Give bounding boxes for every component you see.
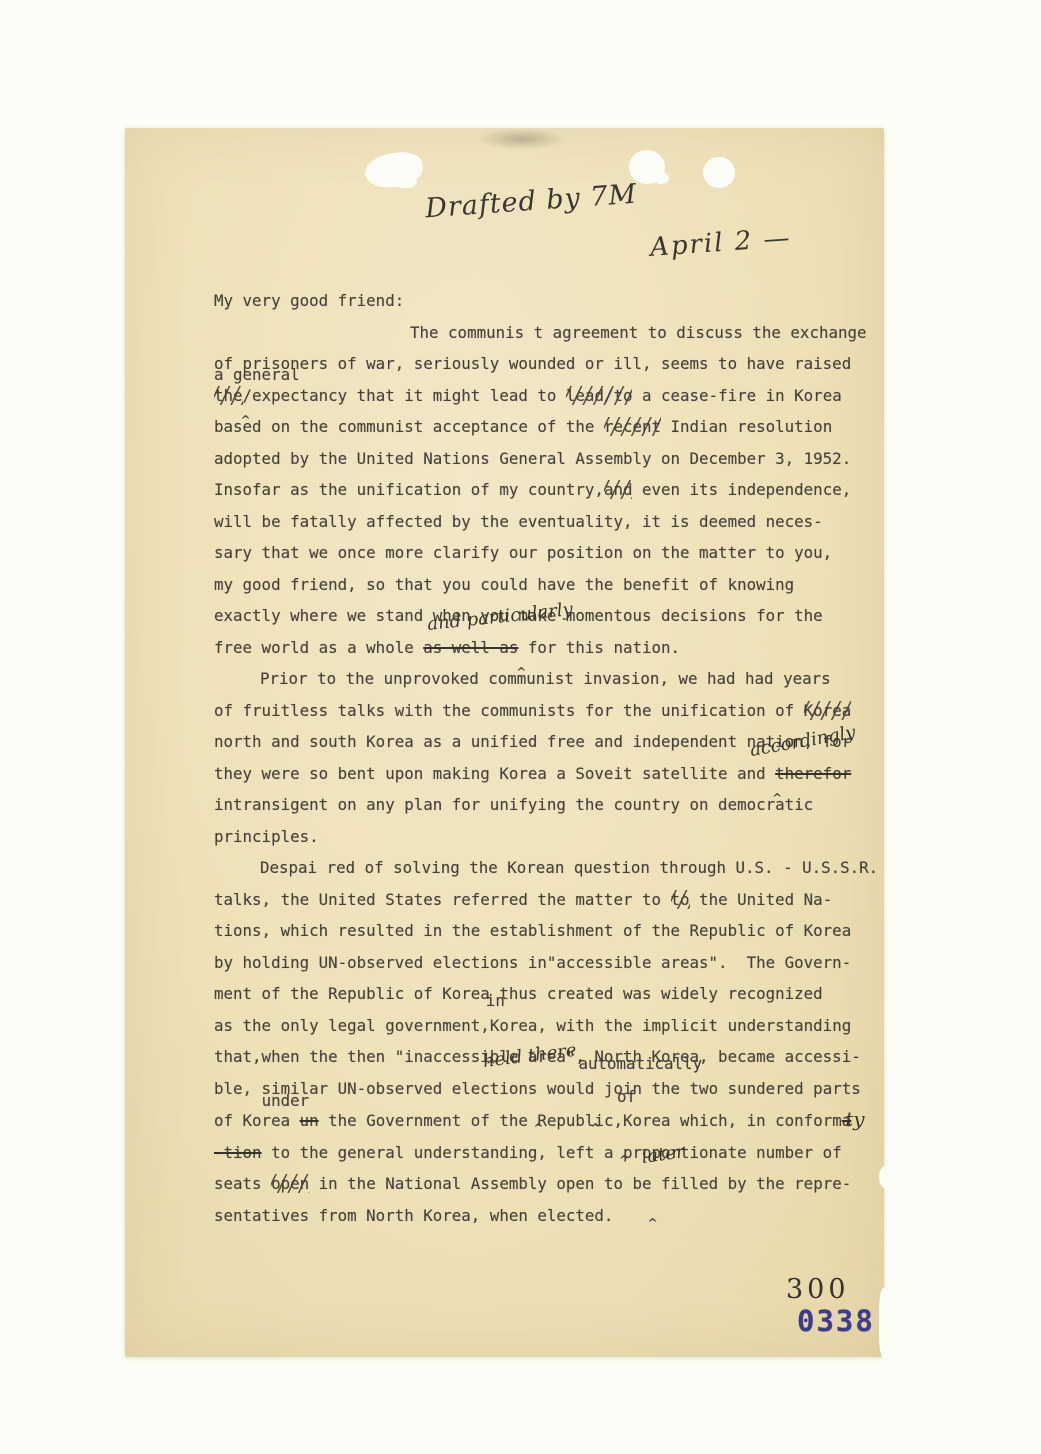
typed-text: the United Na- [690, 890, 833, 909]
document-page: Drafted by 7M April 2 — My very good fri… [125, 128, 884, 1357]
typed-text: as the only legal government, [214, 1016, 490, 1035]
typed-text: filled by the repre- [652, 1174, 852, 1193]
typed-text: free world as a whole [214, 638, 423, 657]
page-number-stamp: 0338 [797, 1304, 875, 1338]
typed-text: will be fatally affected by the eventual… [214, 512, 823, 531]
typed-text: adopted by the United Nations General As… [214, 449, 851, 468]
strikethrough-text: thereforaccordingly^ [775, 764, 851, 783]
handwritten-note-drafted-by: Drafted by 7M [424, 179, 638, 225]
typed-line: adopted by the United Nations General As… [214, 443, 886, 475]
struck-out-text: to [671, 890, 690, 909]
punch-hole [653, 172, 669, 184]
typed-line: ment of the Republic of Korea thus creat… [214, 978, 886, 1010]
strikethrough-text: as well asand particularly^ [423, 638, 518, 657]
typed-text: ment of the Republic of Korea thus creat… [214, 984, 823, 1003]
typed-text: The communis t agreement to discuss the … [410, 323, 867, 342]
typed-body: My very good friend:The communis t agree… [214, 285, 886, 1231]
strikethrough-text: ununder [300, 1111, 319, 1130]
typed-line: of fruitless talks with the communists f… [214, 695, 886, 727]
typed-text: principles. [214, 827, 319, 846]
struck-out-text: Korea [804, 701, 852, 720]
typed-text: by holding UN-observed elections in"acce… [214, 953, 851, 972]
typed-text: Insofar as the unification of my country… [214, 480, 604, 499]
ink-smudge [477, 128, 567, 150]
typed-text: to the general understanding, left a pro… [262, 1143, 842, 1162]
typed-insertion: in [486, 985, 505, 1017]
struck-out-text: and [604, 480, 633, 499]
typed-text: sary that we once more clarify our posit… [214, 543, 832, 562]
typed-insertion: under [262, 1085, 310, 1117]
typed-text: seats [214, 1174, 271, 1193]
typed-line: The communis t agreement to discuss the … [410, 317, 886, 349]
typed-line: My very good friend: [214, 285, 886, 317]
typed-text: Indian resolution [661, 417, 832, 436]
page-number-typed: 300 [786, 1274, 850, 1305]
typed-text: for this nation. [518, 638, 680, 657]
typed-text: My very good friend: [214, 291, 404, 310]
typed-text: Korea, with the implicit understanding [490, 1016, 851, 1035]
typed-line: principles. [214, 821, 886, 853]
typed-text: tions, which resulted in the establishme… [214, 921, 851, 940]
typed-line: intransigent on any plan for unifying th… [214, 789, 886, 821]
typed-line: as the only legal government,in^Korea, w… [214, 1010, 886, 1042]
handwritten-note-date: April 2 — [649, 223, 792, 263]
typed-line: -tion to the general understanding, left… [214, 1137, 886, 1169]
typed-line: of Korea ununder the Government of the R… [214, 1104, 886, 1137]
typed-line: will be fatally affected by the eventual… [214, 506, 886, 538]
typed-text: based on the communist acceptance of the [214, 417, 604, 436]
typed-line: tions, which resulted in the establishme… [214, 915, 886, 947]
typed-text: a cease-fire in Korea [632, 386, 841, 405]
typed-text: in the National Assembly open to be [309, 1174, 651, 1193]
typed-line: thea general^/expectancy that it might l… [214, 380, 886, 412]
typed-text: sentatives from North Korea, when electe… [214, 1206, 613, 1225]
typed-text: talks, the United States referred the ma… [214, 890, 671, 909]
typed-insertion: automatically [578, 1048, 702, 1080]
typed-text: Korea which, in conform [623, 1111, 842, 1130]
typed-text: even its independence, [632, 480, 851, 499]
page-background: Drafted by 7M April 2 — My very good fri… [0, 0, 1041, 1454]
typed-text: would [537, 1079, 594, 1098]
typed-text: my good friend, so that you could have t… [214, 575, 794, 594]
punch-hole [703, 157, 735, 188]
struck-out-text: recent [604, 417, 661, 436]
typed-line: based on the communist acceptance of the… [214, 411, 886, 443]
typed-line: Prior to the unprovoked communist invasi… [260, 663, 886, 695]
typed-text: they were so bent upon making Korea a So… [214, 764, 775, 783]
typed-text: the Government of the Republic, [319, 1111, 623, 1130]
typed-line: by holding UN-observed elections in"acce… [214, 947, 886, 979]
struck-out-text: lead/to [566, 386, 633, 405]
typed-text: intransigent on any plan for unifying th… [214, 795, 813, 814]
strikethrough-text: -tion [214, 1143, 262, 1162]
typed-line: ble, similar UN-observed electionsheld t… [214, 1073, 886, 1105]
typed-text: Despai red of solving the Korean questio… [260, 858, 878, 877]
typed-line: free world as a whole as well asand part… [214, 632, 886, 664]
struck-out-text: open [271, 1174, 309, 1193]
handwritten-insertion: later [639, 1136, 686, 1173]
typed-line: Despai red of solving the Korean questio… [260, 852, 886, 884]
struck-out-text: thea general^ [214, 386, 243, 405]
typed-text: Prior to the unprovoked communist invasi… [260, 669, 831, 688]
paper-tear [879, 1288, 892, 1358]
typed-line: talks, the United States referred the ma… [214, 884, 886, 916]
typed-line: seats open in the National Assembly open… [214, 1168, 886, 1200]
typed-text: of fruitless talks with the communists f… [214, 701, 804, 720]
typed-line: Insofar as the unification of my country… [214, 474, 886, 506]
typed-line: they were so bent upon making Korea a So… [214, 758, 886, 790]
typed-line: sentatives from North Korea, when electe… [214, 1200, 886, 1232]
typed-text: of prisoners of war, seriously wounded o… [214, 354, 851, 373]
typed-line: of prisoners of war, seriously wounded o… [214, 348, 886, 380]
typed-line: sary that we once more clarify our posit… [214, 537, 886, 569]
typed-text: /expectancy that it might lead to [243, 386, 566, 405]
caret-mark: ^ [648, 1208, 658, 1240]
typed-insertion: of [617, 1081, 636, 1113]
handwritten-text: ty [845, 1107, 864, 1131]
